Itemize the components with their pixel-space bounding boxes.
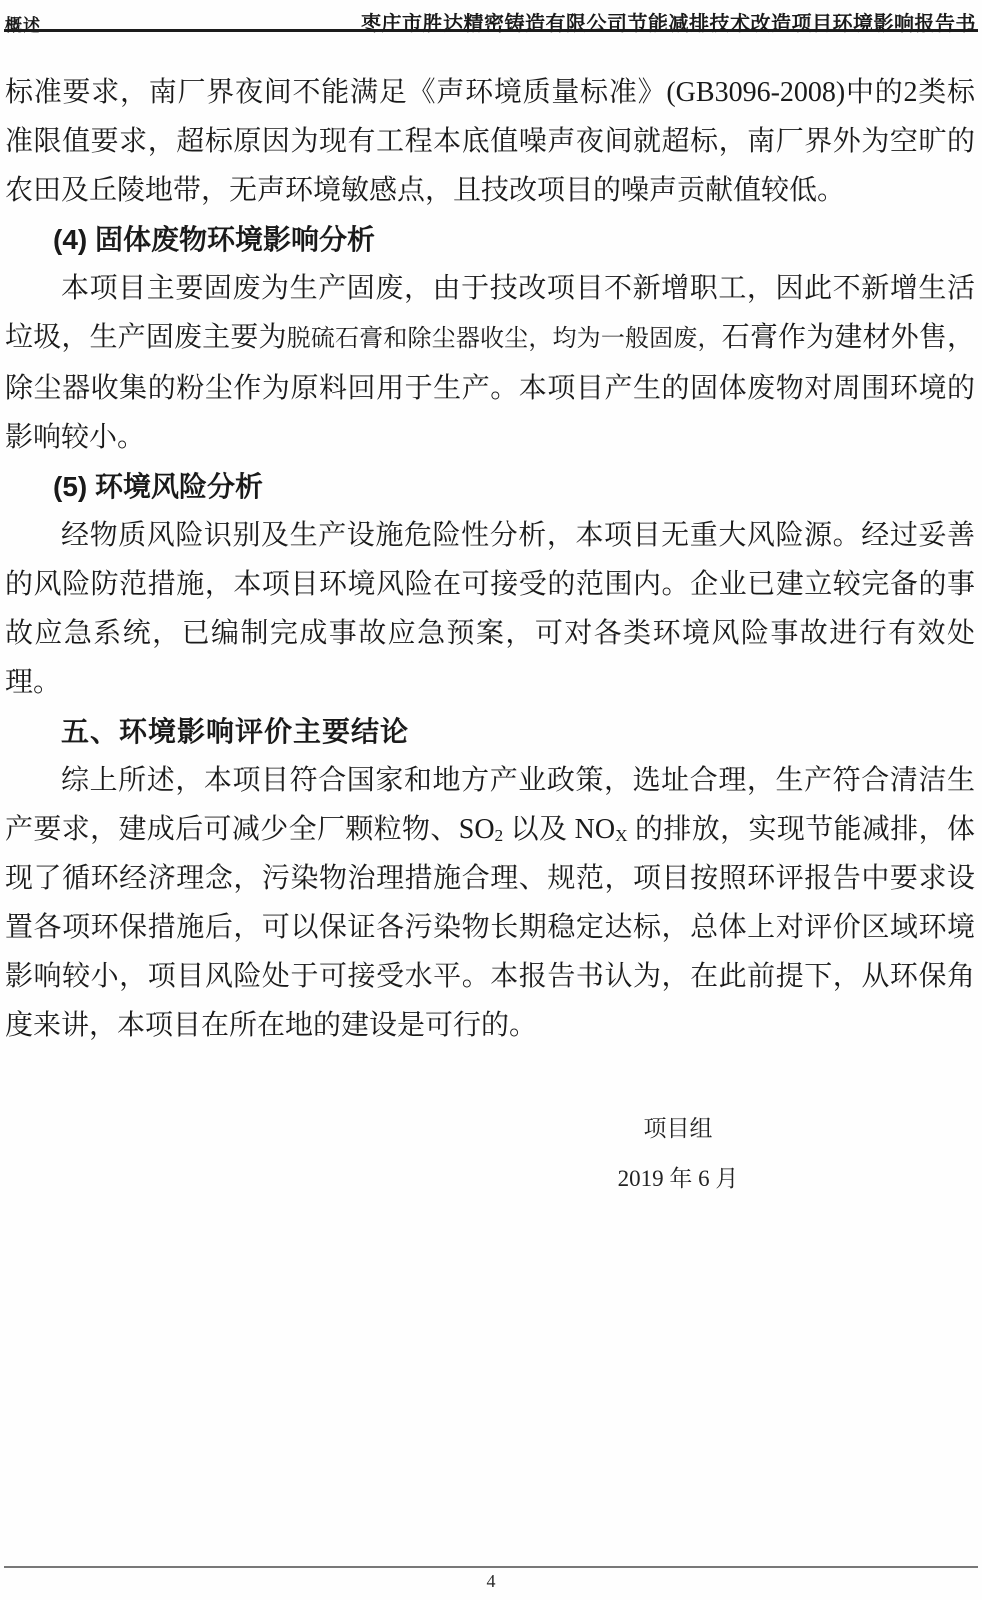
paragraph-solid-waste: 本项目主要固废为生产固废，由于技改项目不新增职工，因此不新增生活垃圾，生产固废主… xyxy=(5,264,975,462)
header-section-label: 概述 xyxy=(5,11,41,36)
heading-risk-analysis: (5) 环境风险分析 xyxy=(5,462,975,511)
header-divider xyxy=(4,29,978,32)
heading-main-conclusion: 五、环境影响评价主要结论 xyxy=(5,707,975,756)
heading-solid-waste-analysis: (4) 固体废物环境影响分析 xyxy=(5,215,975,264)
signature-block: 项目组 2019 年 6 月 xyxy=(520,1104,836,1204)
document-page: 概述 枣庄市胜达精密铸造有限公司节能减排技术改造项目环境影响报告书 标准要求，南… xyxy=(0,0,982,1600)
nox-subscript: X xyxy=(615,826,628,845)
paragraph-risk-analysis: 经物质风险识别及生产设施危险性分析，本项目无重大风险源。经过妥善的风险防范措施，… xyxy=(5,511,975,707)
so2-subscript: 2 xyxy=(495,826,504,845)
paragraph-conclusion: 综上所述，本项目符合国家和地方产业政策，选址合理，生产符合清洁生产要求，建成后可… xyxy=(5,756,975,1050)
page-number: 4 xyxy=(0,1571,982,1592)
paragraph-conclusion-text-2: 以及 NO xyxy=(503,814,615,845)
document-body: 标准要求，南厂界夜间不能满足《声环境质量标准》(GB3096-2008)中的2类… xyxy=(5,68,975,1050)
footer-divider xyxy=(4,1566,978,1568)
paragraph-solid-waste-small-text: 脱硫石膏和除尘器收尘，均为一般固废， xyxy=(287,326,722,352)
paragraph-conclusion-text-3: 的排放，实现节能减排，体现了循环经济理念，污染物治理措施合理、规范，项目按照环评… xyxy=(5,814,975,1041)
signature-date: 2019 年 6 月 xyxy=(520,1154,836,1204)
signature-team: 项目组 xyxy=(520,1104,836,1154)
paragraph-noise-standard: 标准要求，南厂界夜间不能满足《声环境质量标准》(GB3096-2008)中的2类… xyxy=(5,68,975,215)
